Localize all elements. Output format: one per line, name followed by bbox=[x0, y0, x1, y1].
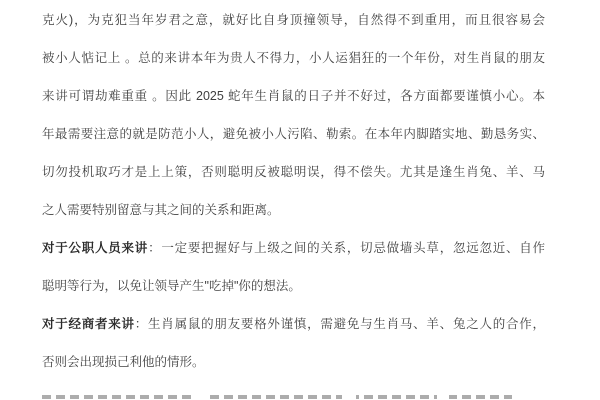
line-9-bold-lead: 对于经商者来讲 bbox=[42, 317, 135, 331]
line-1-text: 克火)，为克犯当年岁君之意，就好比自身顶撞领导，自然得不到重用，而且很容易会 bbox=[42, 13, 545, 27]
text-line-2: 被小人惦记上 。总的来讲本年为贵人不得力，小人运猖狂的一个年份，对生肖鼠的朋友 bbox=[42, 39, 545, 77]
line-5-text: 切勿投机取巧才是上上策，否则聪明反被聪明误，得不偿失。尤其是逢生肖兔、羊、马 bbox=[42, 165, 545, 179]
clipped-line-gap bbox=[192, 395, 210, 399]
line-7-bold-lead: 对于公职人员来讲 bbox=[42, 241, 148, 255]
clipped-line-gap bbox=[437, 395, 449, 399]
article-text-block: 克火)，为克犯当年岁君之意，就好比自身顶撞领导，自然得不到重用，而且很容易会 被… bbox=[42, 1, 545, 381]
text-line-10: 否则会出现损己利他的情形。 bbox=[42, 343, 545, 381]
text-line-9: 对于经商者来讲：生肖属鼠的朋友要格外谨慎，需避免与生肖马、羊、兔之人的合作， bbox=[42, 305, 545, 343]
text-line-3: 来讲可谓劫难重重 。因此 2025 蛇年生肖鼠的日子并不好过，各方面都要谨慎小心… bbox=[42, 77, 545, 115]
text-line-7: 对于公职人员来讲：一定要把握好与上级之间的关系，切忌做墙头草，忽远忽近、自作 bbox=[42, 229, 545, 267]
clipped-text-line bbox=[42, 395, 512, 399]
text-line-8: 聪明等行为，以免让领导产生"吃掉"你的想法。 bbox=[42, 267, 545, 305]
line-2-text: 被小人惦记上 。总的来讲本年为贵人不得力，小人运猖狂的一个年份，对生肖鼠的朋友 bbox=[42, 51, 545, 65]
line-7-text: ：一定要把握好与上级之间的关系，切忌做墙头草，忽远忽近、自作 bbox=[148, 241, 545, 255]
line-6-text: 之人需要特别留意与其之间的关系和距离。 bbox=[42, 203, 280, 217]
text-line-4: 年最需要注意的就是防范小人，避免被小人污陷、勒索。在本年内脚踏实地、勤恳务实、 bbox=[42, 115, 545, 153]
line-8-text: 聪明等行为，以免让领导产生"吃掉"你的想法。 bbox=[42, 279, 301, 293]
line-10-text: 否则会出现损己利他的情形。 bbox=[42, 355, 205, 369]
clipped-line-gap bbox=[342, 395, 356, 399]
text-line-6: 之人需要特别留意与其之间的关系和距离。 bbox=[42, 191, 545, 229]
line-3-text: 来讲可谓劫难重重 。因此 2025 蛇年生肖鼠的日子并不好过，各方面都要谨慎小心… bbox=[42, 89, 545, 103]
article-page: 克火)，为克犯当年岁君之意，就好比自身顶撞领导，自然得不到重用，而且很容易会 被… bbox=[0, 0, 600, 400]
text-line-1: 克火)，为克犯当年岁君之意，就好比自身顶撞领导，自然得不到重用，而且很容易会 bbox=[42, 1, 545, 39]
line-4-text: 年最需要注意的就是防范小人，避免被小人污陷、勒索。在本年内脚踏实地、勤恳务实、 bbox=[42, 127, 545, 141]
line-9-text: ：生肖属鼠的朋友要格外谨慎，需避免与生肖马、羊、兔之人的合作， bbox=[135, 317, 545, 331]
text-line-5: 切勿投机取巧才是上上策，否则聪明反被聪明误，得不偿失。尤其是逢生肖兔、羊、马 bbox=[42, 153, 545, 191]
